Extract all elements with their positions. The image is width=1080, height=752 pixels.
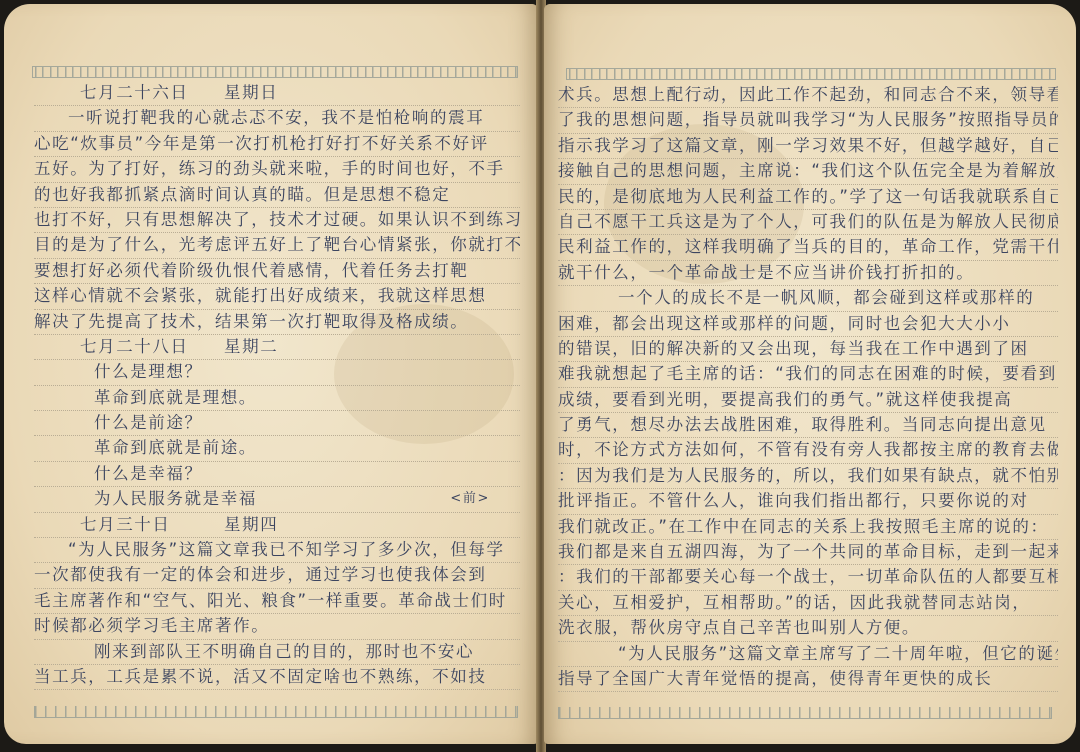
text-line: 成绩，要看到光明，要提高我们的勇气。”就这样使我提高	[558, 388, 1058, 413]
text-line: 也打不好，只有思想解决了，技术才过硬。如果认识不到练习的	[34, 208, 520, 233]
text-line: 要想打好必须代着阶级仇恨代着感情，代着任务去打靶	[34, 259, 520, 284]
entry-weekday: 星期四	[224, 513, 278, 537]
text-line: 洗衣服，帮伙房守点自己辛苦也叫别人方便。	[558, 616, 1058, 641]
top-border-pattern	[32, 66, 518, 78]
open-notebook: 七月二十六日星期日 一听说打靶我的心就忐忑不安，我不是怕枪响的震耳 心吃“炊事员…	[0, 0, 1080, 752]
text-line: 难我就想起了毛主席的话：“我们的同志在困难的时候，要看到	[558, 362, 1058, 387]
text-line: 民利益工作的，这样我明确了当兵的目的，革命工作，党需干什么	[558, 235, 1058, 260]
entry-date: 七月三十日	[34, 513, 224, 537]
text-line: 了我的思想问题，指导员就叫我学习“为人民服务”按照指导员的	[558, 108, 1058, 133]
text-line: 指示我学习了这篇文章，刚一学习效果不好，但越学越好，自己也能	[558, 134, 1058, 159]
text-line: “为人民服务”这篇文章我已不知学习了多少次，但每学	[34, 538, 520, 563]
entry-weekday: 星期二	[224, 335, 278, 359]
text-line: 就干什么，一个革命战士是不应当讲价钱打折扣的。	[558, 261, 1058, 286]
top-border-pattern	[566, 68, 1056, 80]
entry-header: 七月三十日星期四	[34, 513, 520, 538]
text-line: 一个人的成长不是一帆风顺，都会碰到这样或那样的	[558, 286, 1058, 311]
text-line: 民的，是彻底地为人民利益工作的。”学了这一句话我就联系自己	[558, 185, 1058, 210]
text-line: 目的是为了什么，光考虑评五好上了靶台心情紧张，你就打不好	[34, 233, 520, 258]
text-line: 批评指正。不管什么人，谁向我们指出都行，只要你说的对	[558, 489, 1058, 514]
right-page: 术兵。思想上配行动，因此工作不起劲，和同志合不来，领导看到 了我的思想问题，指导…	[544, 4, 1076, 744]
text-line: 指导了全国广大青年觉悟的提高，使得青年更快的成长	[558, 667, 1058, 692]
text-line: 这样心情就不会紧张，就能打出好成绩来，我就这样思想	[34, 284, 520, 309]
text-line: ：我们的干部都要关心每一个战士，一切革命队伍的人都要互相	[558, 565, 1058, 590]
text-line: 困难，都会出现这样或那样的问题，同时也会犯大大小小	[558, 312, 1058, 337]
text-line: 我们都是来自五湖四海，为了一个共同的革命目标，走到一起来了。	[558, 540, 1058, 565]
text-line: 为人民服务就是幸福 <前>	[34, 487, 520, 512]
text-line: 五好。为了打好，练习的劲头就来啦，手的时间也好，不手	[34, 157, 520, 182]
text-line: 一次都使我有一定的体会和进步，通过学习也使我体会到	[34, 563, 520, 588]
text-line: 关心，互相爱护，互相帮助。”的话，因此我就替同志站岗，	[558, 591, 1058, 616]
entry-header: 七月二十八日星期二	[34, 335, 520, 360]
text-line: 什么是前途？	[34, 411, 520, 436]
text-line: 刚来到部队王不明确自己的目的，那时也不安心	[34, 640, 520, 665]
entry-weekday: 星期日	[224, 81, 278, 105]
bottom-border-pattern	[558, 707, 1052, 719]
entry-date: 七月二十六日	[34, 81, 224, 105]
text-line: 的也好我都抓紧点滴时间认真的瞄。但是思想不稳定	[34, 183, 520, 208]
text-line: 时候都必须学习毛主席著作。	[34, 614, 520, 639]
right-page-lines: 术兵。思想上配行动，因此工作不起劲，和同志合不来，领导看到 了我的思想问题，指导…	[558, 83, 1058, 692]
bottom-border-pattern	[34, 706, 518, 718]
text-line: 了勇气，想尽办法去战胜困难，取得胜利。当同志向提出意见	[558, 413, 1058, 438]
text-line: 术兵。思想上配行动，因此工作不起劲，和同志合不来，领导看到	[558, 83, 1058, 108]
text-line: 的错误，旧的解决新的又会出现，每当我在工作中遇到了困	[558, 337, 1058, 362]
text-line: 接触自己的思想问题，主席说：“我们这个队伍完全是为着解放人	[558, 159, 1058, 184]
text-line: 毛主席著作和“空气、阳光、粮食”一样重要。革命战士们时	[34, 589, 520, 614]
text-line: ：因为我们是为人民服务的，所以，我们如果有缺点，就不怕别人	[558, 464, 1058, 489]
text-line-content: 为人民服务就是幸福	[94, 489, 257, 508]
text-line: 当工兵，工兵是累不说，活又不固定啥也不熟练，不如技	[34, 665, 520, 690]
text-line: 心吃“炊事员”今年是第一次打机枪打好打不好关系不好评	[34, 132, 520, 157]
text-line: 一听说打靶我的心就忐忑不安，我不是怕枪响的震耳	[34, 106, 520, 131]
text-line: 什么是幸福？	[34, 462, 520, 487]
text-line: 自己不愿干工兵这是为了个人，可我们的队伍是为解放人民彻底为人	[558, 210, 1058, 235]
text-line: 什么是理想？	[34, 360, 520, 385]
text-line: “为人民服务”这篇文章主席写了二十周年啦，但它的诞生	[558, 642, 1058, 667]
entry-header: 七月二十六日星期日	[34, 81, 520, 106]
text-line: 革命到底就是前途。	[34, 436, 520, 461]
left-page: 七月二十六日星期日 一听说打靶我的心就忐忑不安，我不是怕枪响的震耳 心吃“炊事员…	[4, 4, 538, 744]
text-line: 我们就改正。”在工作中在同志的关系上我按照毛主席的说的：	[558, 515, 1058, 540]
entry-date: 七月二十八日	[34, 335, 224, 359]
margin-note: <前>	[450, 487, 490, 511]
text-line: 解决了先提高了技术，结果第一次打靶取得及格成绩。	[34, 310, 520, 335]
text-line: 革命到底就是理想。	[34, 386, 520, 411]
left-page-lines: 七月二十六日星期日 一听说打靶我的心就忐忑不安，我不是怕枪响的震耳 心吃“炊事员…	[34, 81, 520, 690]
text-line: 时，不论方式方法如何，不管有没有旁人我都按主席的教育去做	[558, 438, 1058, 463]
